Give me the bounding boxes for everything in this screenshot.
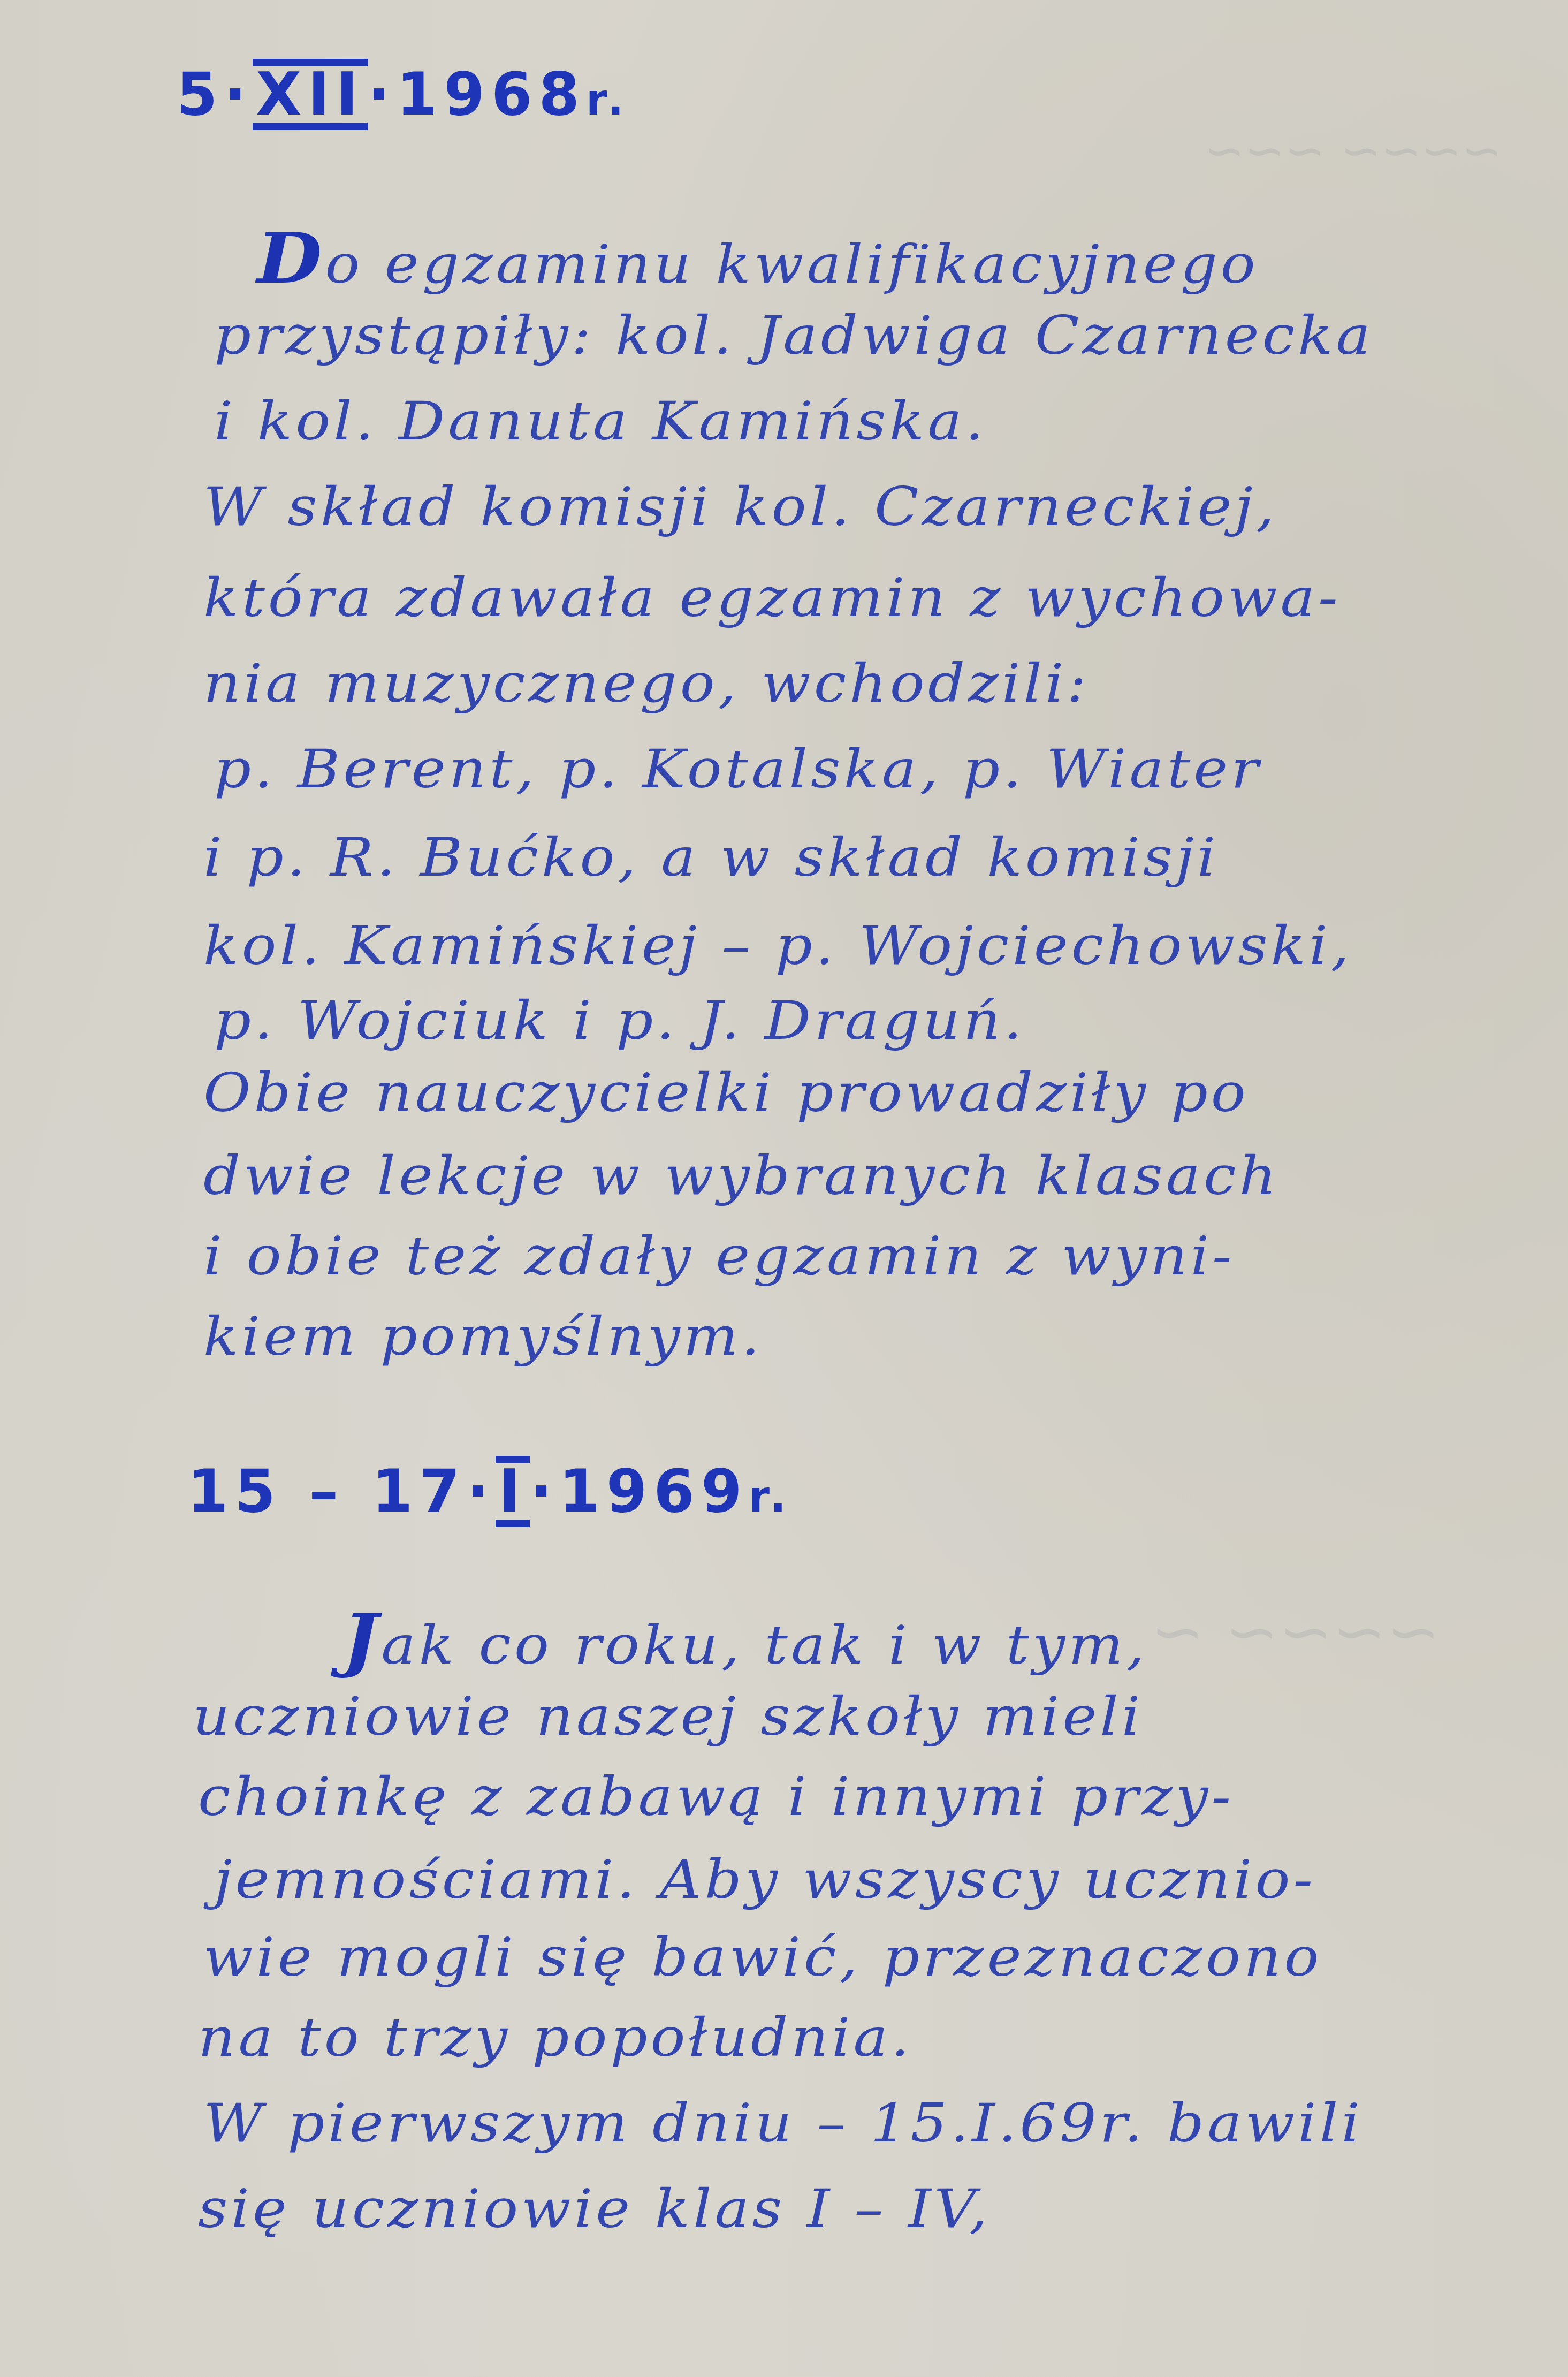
entry-line: która zdawała egzamin z wychowa- — [203, 567, 1341, 629]
entry-line: i obie też zdały egzamin z wyni- — [203, 1226, 1235, 1287]
date-suffix: r. — [586, 75, 630, 125]
date-suffix: r. — [748, 1472, 792, 1522]
entry-line: kol. Kamińskiej – p. Wojciechowski, — [203, 915, 1352, 977]
date-day: 5 — [177, 60, 224, 128]
entry-line: Obie nauczycielki prowadziły po — [203, 1062, 1249, 1124]
entry-line: W skład komisji kol. Czarneckiej, — [203, 476, 1277, 538]
entry-line: się uczniowie klas I – IV, — [198, 2178, 991, 2240]
entry-line: na to trzy popołudnia. — [198, 2007, 912, 2069]
entry-date-heading: 15 – 17·I·1969r. — [187, 1456, 793, 1527]
entry-line: wie mogli się bawić, przeznaczono — [203, 1927, 1322, 1988]
entry-line: jemnościami. Aby wszyscy ucznio- — [214, 1849, 1316, 1911]
date-year: 1969 — [559, 1457, 748, 1525]
entry-line: nia muzycznego, wchodzili: — [203, 653, 1090, 715]
date-month-roman: XII — [253, 59, 368, 130]
date-month-roman: I — [496, 1456, 530, 1527]
entry-line: i kol. Danuta Kamińska. — [214, 391, 987, 452]
entry-date-heading: 5·XII·1968r. — [177, 59, 630, 130]
entry-line-text: o egzaminu kwalifikacyjnego — [325, 234, 1258, 295]
entry-line: i p. R. Bućko, a w skład komisji — [203, 827, 1219, 888]
reverse-side-bleed-through: ~~~~ ~ — [1151, 1595, 1440, 1669]
entry-line: p. Wojciuk i p. J. Draguń. — [214, 990, 1025, 1052]
decorated-initial: J — [342, 1599, 381, 1680]
reverse-side-bleed-through: ~~~~ ~~~ — [1204, 123, 1502, 179]
entry-line: W pierwszym dniu – 15.I.69r. bawili — [203, 2093, 1363, 2154]
decorated-initial: D — [257, 218, 325, 299]
entry-line: dwie lekcje w wybranych klasach — [203, 1145, 1280, 1207]
entry-line: choinkę z zabawą i innymi przy- — [198, 1766, 1234, 1828]
entry-line: Jak co roku, tak i w tym, — [342, 1599, 1148, 1680]
date-year: 1968 — [397, 60, 586, 128]
date-day-range: 15 – 17 — [187, 1457, 467, 1525]
entry-line: p. Berent, p. Kotalska, p. Wiater — [214, 739, 1262, 800]
entry-line: Do egzaminu kwalifikacyjnego — [257, 218, 1259, 299]
entry-line: kiem pomyślnym. — [203, 1306, 763, 1368]
entry-line: przystąpiły: kol. Jadwiga Czarnecka — [214, 305, 1374, 367]
entry-line: uczniowie naszej szkoły mieli — [193, 1686, 1143, 1748]
entry-line-text: ak co roku, tak i w tym, — [381, 1615, 1148, 1676]
